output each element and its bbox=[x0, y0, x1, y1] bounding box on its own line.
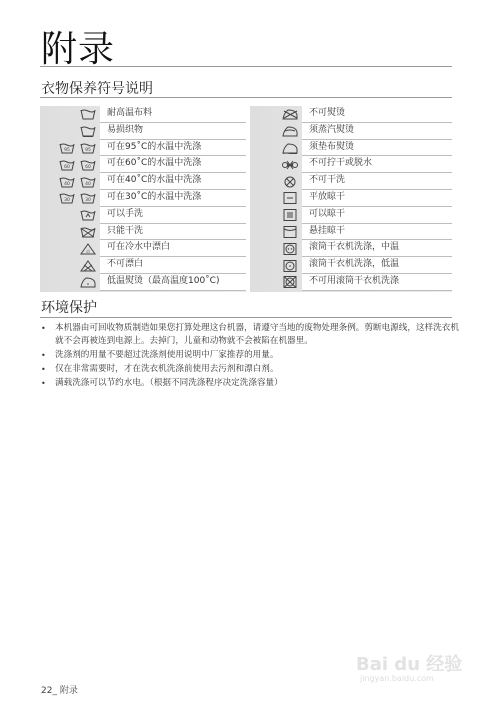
care-symbol-row: 可以晾干 bbox=[250, 207, 452, 224]
care-symbol-row: 6060可在60˚C的水温中洗涤 bbox=[40, 156, 246, 173]
baidu-watermark: Bai du 经验 jingyan.baidu.com bbox=[356, 636, 470, 691]
care-symbols-table-right: 不可熨烫须蒸汽熨烫须垫布熨烫不可拧干或脱水不可干洗平放晾干可以晾干悬挂晾干滚筒干… bbox=[250, 106, 452, 292]
symbol-icons bbox=[250, 156, 302, 173]
care-symbol-row: 不可漂白 bbox=[40, 257, 246, 274]
care-symbol-row: 须蒸汽熨烫 bbox=[250, 123, 452, 140]
page-title: 附录 bbox=[41, 30, 115, 70]
environment-bullet: •满载洗涤可以节约水电。（根据不同洗涤程序决定洗涤容量） bbox=[40, 377, 460, 390]
wash-tub-icon bbox=[80, 108, 96, 120]
care-symbol-row: 滚筒干衣机洗涤，低温 bbox=[250, 257, 452, 274]
care-symbol-row: 可以手洗 bbox=[40, 207, 246, 224]
symbol-description: 须垫布熨烫 bbox=[302, 140, 452, 157]
svg-text:60: 60 bbox=[85, 164, 91, 170]
care-symbol-row: 只能干洗 bbox=[40, 224, 246, 241]
symbol-icons: 3030 bbox=[40, 190, 100, 207]
environment-bullet-list: •本机器由可回收物质制造如果您打算处理这台机器，请遵守当地的废物处理条例。剪断电… bbox=[40, 322, 460, 391]
symbol-icons bbox=[40, 257, 100, 274]
symbol-icons: cl bbox=[40, 240, 100, 257]
svg-text:40: 40 bbox=[64, 181, 70, 187]
care-symbol-row: 9595可在95˚C的水温中洗涤 bbox=[40, 140, 246, 157]
bullet-text: 满载洗涤可以节约水电。（根据不同洗涤程序决定洗涤容量） bbox=[55, 378, 283, 388]
symbol-icons bbox=[250, 240, 302, 257]
symbol-description: 不可用滚筒干衣机洗涤 bbox=[302, 274, 452, 291]
symbol-icons bbox=[40, 224, 100, 241]
care-symbols-table-left: 耐高温布料易损织物9595可在95˚C的水温中洗涤6060可在60˚C的水温中洗… bbox=[40, 106, 246, 292]
symbol-description: 平放晾干 bbox=[302, 190, 452, 207]
symbol-description: 可以手洗 bbox=[100, 207, 246, 224]
bullet-marker: • bbox=[41, 363, 46, 376]
care-symbol-row: 不可熨烫 bbox=[250, 106, 452, 123]
symbol-description: 只能干洗 bbox=[100, 224, 246, 241]
symbol-description: 不可干洗 bbox=[302, 173, 452, 190]
svg-text:30: 30 bbox=[64, 197, 70, 203]
environment-heading: 环境保护 bbox=[41, 300, 97, 316]
care-symbol-row: 悬挂晾干 bbox=[250, 224, 452, 241]
symbol-icons: 6060 bbox=[40, 156, 100, 173]
bleach-cold-icon: cl bbox=[80, 243, 96, 255]
no-iron-icon bbox=[282, 108, 298, 120]
drip-dry-icon bbox=[282, 209, 298, 221]
svg-text:40: 40 bbox=[85, 181, 91, 187]
symbol-icons bbox=[250, 140, 302, 157]
svg-text:30: 30 bbox=[85, 197, 91, 203]
svg-text:cl: cl bbox=[86, 249, 89, 254]
care-symbol-row: 不可用滚筒干衣机洗涤 bbox=[250, 274, 452, 291]
care-symbol-row: 耐高温布料 bbox=[40, 106, 246, 123]
wash-60-gentle-icon: 60 bbox=[80, 159, 96, 171]
wash-60-icon: 60 bbox=[59, 159, 75, 171]
no-wring-icon bbox=[282, 159, 298, 171]
wash-30-icon: 30 bbox=[59, 192, 75, 204]
bullet-text: 仅在非常需要时，才在洗衣机洗涤前使用去污剂和漂白剂。 bbox=[55, 364, 278, 374]
symbol-description: 不可拧干或脱水 bbox=[302, 156, 452, 173]
care-symbol-row: 易损织物 bbox=[40, 123, 246, 140]
symbol-icons bbox=[250, 190, 302, 207]
symbol-description: 可在95˚C的水温中洗涤 bbox=[100, 140, 246, 157]
tumble-dry-medium-icon bbox=[282, 243, 298, 255]
symbol-description: 悬挂晾干 bbox=[302, 224, 452, 241]
symbol-icons bbox=[250, 106, 302, 123]
symbol-icons bbox=[40, 274, 100, 291]
symbol-description: 可在40˚C的水温中洗涤 bbox=[100, 173, 246, 190]
symbol-icons bbox=[250, 274, 302, 291]
care-symbol-row: 须垫布熨烫 bbox=[250, 140, 452, 157]
bullet-marker: • bbox=[41, 377, 46, 390]
dry-flat-icon bbox=[282, 192, 298, 204]
symbol-icons bbox=[250, 257, 302, 274]
environment-bullet: •洗涤剂的用量不要超过洗涤剂使用说明中厂家推荐的用量。 bbox=[40, 349, 460, 362]
wash-95-gentle-icon: 95 bbox=[80, 142, 96, 154]
symbol-description: 滚筒干衣机洗涤，中温 bbox=[302, 240, 452, 257]
svg-text:95: 95 bbox=[64, 147, 70, 153]
svg-text:95: 95 bbox=[85, 147, 91, 153]
symbol-icons bbox=[250, 207, 302, 224]
no-dry-clean-icon bbox=[282, 176, 298, 188]
symbol-description: 低温熨烫（最高温度100˚C) bbox=[100, 274, 246, 291]
symbol-icons bbox=[250, 224, 302, 241]
symbol-icons bbox=[40, 207, 100, 224]
dry-clean-only-icon bbox=[80, 226, 96, 238]
symbol-icons: 4040 bbox=[40, 173, 100, 190]
symbol-icons bbox=[250, 173, 302, 190]
care-symbol-row: cl可在冷水中漂白 bbox=[40, 240, 246, 257]
wash-95-icon: 95 bbox=[59, 142, 75, 154]
environment-heading-divider bbox=[40, 317, 452, 318]
wash-tub-underline-icon bbox=[80, 125, 96, 137]
symbol-icons bbox=[40, 106, 100, 123]
wash-40-icon: 40 bbox=[59, 176, 75, 188]
wash-30-gentle-icon: 30 bbox=[80, 192, 96, 204]
no-bleach-icon bbox=[80, 260, 96, 272]
watermark-logo: Bai du 经验 bbox=[356, 650, 462, 676]
symbol-description: 不可熨烫 bbox=[302, 106, 452, 123]
bullet-marker: • bbox=[41, 322, 46, 335]
care-symbol-row: 3030可在30˚C的水温中洗涤 bbox=[40, 190, 246, 207]
symbol-description: 可在30˚C的水温中洗涤 bbox=[100, 190, 246, 207]
steam-iron-icon bbox=[282, 125, 298, 137]
environment-bullet: •仅在非常需要时，才在洗衣机洗涤前使用去污剂和漂白剂。 bbox=[40, 363, 460, 376]
line-dry-icon bbox=[282, 226, 298, 238]
care-symbol-row: 4040可在40˚C的水温中洗涤 bbox=[40, 173, 246, 190]
title-divider bbox=[40, 66, 452, 67]
care-symbol-row: 低温熨烫（最高温度100˚C) bbox=[40, 274, 246, 291]
symbol-description: 可以晾干 bbox=[302, 207, 452, 224]
iron-with-cloth-icon bbox=[282, 142, 298, 154]
tumble-dry-low-icon bbox=[282, 260, 298, 272]
bullet-marker: • bbox=[41, 349, 46, 362]
symbol-description: 可在冷水中漂白 bbox=[100, 240, 246, 257]
care-symbol-row: 不可干洗 bbox=[250, 173, 452, 190]
symbol-description: 须蒸汽熨烫 bbox=[302, 123, 452, 140]
wash-40-gentle-icon: 40 bbox=[80, 176, 96, 188]
symbol-description: 不可漂白 bbox=[100, 257, 246, 274]
watermark-url: jingyan.baidu.com bbox=[360, 674, 434, 683]
symbol-description: 滚筒干衣机洗涤，低温 bbox=[302, 257, 452, 274]
symbol-icons bbox=[40, 123, 100, 140]
symbol-icons bbox=[250, 123, 302, 140]
hand-wash-icon bbox=[80, 209, 96, 221]
symbol-description: 易损织物 bbox=[100, 123, 246, 140]
symbol-description: 可在60˚C的水温中洗涤 bbox=[100, 156, 246, 173]
bullet-text: 洗涤剂的用量不要超过洗涤剂使用说明中厂家推荐的用量。 bbox=[55, 350, 278, 360]
care-symbol-row: 滚筒干衣机洗涤，中温 bbox=[250, 240, 452, 257]
symbol-icons: 9595 bbox=[40, 140, 100, 157]
bullet-text: 本机器由可回收物质制造如果您打算处理这台机器，请遵守当地的废物处理条例。剪断电源… bbox=[55, 323, 459, 346]
care-symbol-row: 不可拧干或脱水 bbox=[250, 156, 452, 173]
page-footer: 22_ 附录 bbox=[41, 683, 78, 696]
iron-low-icon bbox=[80, 276, 96, 288]
care-symbols-heading: 衣物保养符号说明 bbox=[41, 81, 153, 97]
no-tumble-dry-icon bbox=[282, 276, 298, 288]
svg-text:60: 60 bbox=[64, 164, 70, 170]
care-heading-divider bbox=[40, 97, 452, 98]
environment-bullet: •本机器由可回收物质制造如果您打算处理这台机器，请遵守当地的废物处理条例。剪断电… bbox=[40, 322, 460, 348]
symbol-description: 耐高温布料 bbox=[100, 106, 246, 123]
care-symbol-row: 平放晾干 bbox=[250, 190, 452, 207]
